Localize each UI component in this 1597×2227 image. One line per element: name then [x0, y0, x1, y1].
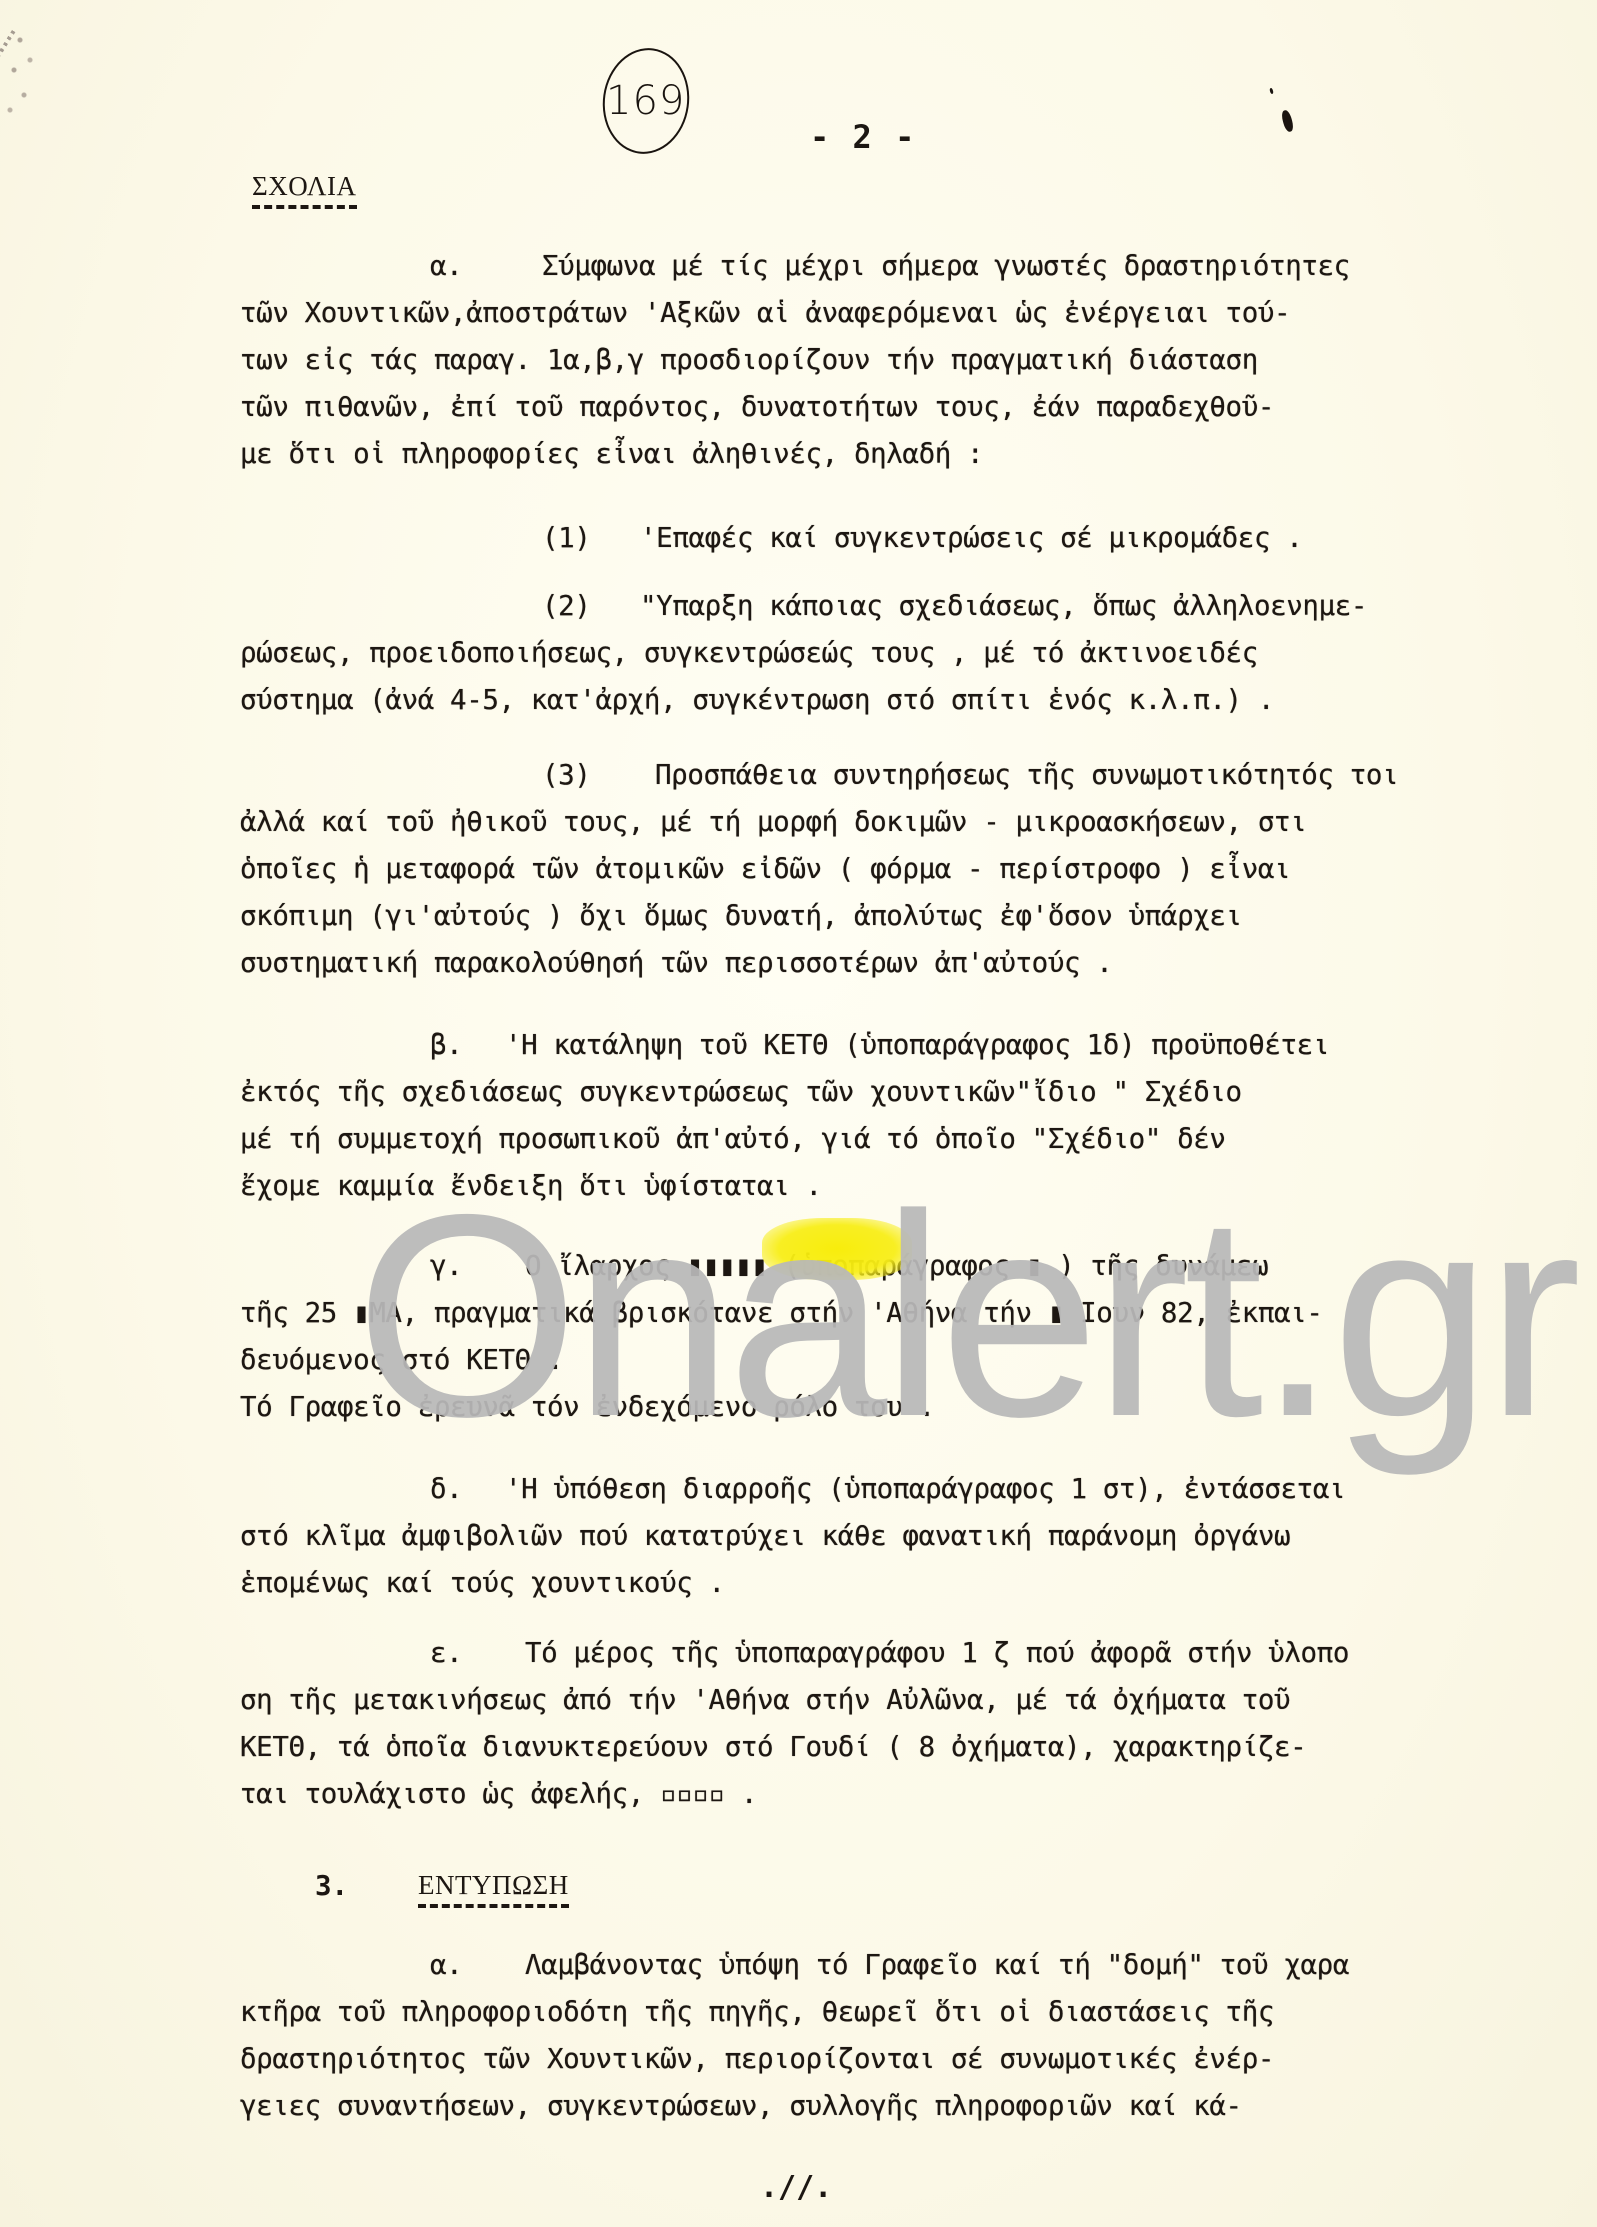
para-c-line-4: Τό Γραφεῖο ἐρευνᾶ τόν ἐνδεχόμενο ρόλο το…	[240, 1384, 935, 1431]
scanner-edge-marks	[0, 0, 80, 160]
item-2-line-2: ρώσεως, προειδοποιήσεως, συγκεντρώσεώς τ…	[240, 630, 1258, 677]
redaction-highlight	[762, 1218, 912, 1280]
para-b-line-4: ἔχομε καμμία ἔνδειξη ὅτι ὑφίσταται .	[240, 1163, 822, 1210]
folio-number-circled: 169	[596, 43, 696, 160]
para-e-line-1: Τό μέρος τῆς ὑποπαραγράφου 1 ζ πού ἀφορᾶ…	[525, 1630, 1349, 1677]
para-d-line-3: ἑπομένως καί τούς χουντικούς .	[240, 1560, 725, 1607]
impression-a-line-3: δραστηριότητος τῶν Χουντικῶν, περιορίζον…	[240, 2036, 1274, 2083]
item-3-line-5: συστηματική παρακολούθησή τῶν περισσοτέρ…	[240, 940, 1112, 987]
para-a-line-5: με ὅτι οἱ πληροφορίες εἶναι ἀληθινές, δη…	[240, 431, 983, 478]
para-b-line-1: 'Η κατάληψη τοῦ ΚΕΤΘ (ὑποπαράγραφος 1δ) …	[505, 1022, 1329, 1069]
para-b-line-3: μέ τή συμμετοχή προσωπικοῦ ἀπ'αὐτό, γιά …	[240, 1116, 1226, 1163]
ink-speck	[1280, 109, 1294, 133]
item-3-line-2: ἀλλά καί τοῦ ἠθικοῦ τους, μέ τή μορφή δο…	[240, 799, 1306, 846]
para-a-line-4: τῶν πιθανῶν, ἐπί τοῦ παρόντος, δυνατοτήτ…	[240, 384, 1274, 431]
continuation-mark: .//.	[760, 2170, 832, 2205]
para-c-line-3: δευόμενος στό ΚΕΤΘ .	[240, 1337, 563, 1384]
item-3-label: (3)	[542, 752, 590, 799]
folio-number: 169	[606, 78, 685, 124]
item-2-line-3: σύστημα (ἀνά 4-5, κατ'ἀρχή, συγκέντρωση …	[240, 677, 1274, 724]
para-c-label: γ.	[430, 1243, 462, 1290]
item-3-line-4: σκόπιμη (γι'αὐτούς ) ὄχι ὅμως δυνατή, ἀπ…	[240, 893, 1242, 940]
impression-a-label: α.	[430, 1942, 462, 1989]
page-number: - 2 -	[810, 118, 916, 156]
comments-heading: ΣΧΟΛΙΑ	[252, 171, 357, 209]
para-b-line-2: ἐκτός τῆς σχεδιάσεως συγκεντρώσεως τῶν χ…	[240, 1069, 1242, 1116]
impression-heading: ΕΝΤΥΠΩΣΗ	[418, 1870, 569, 1908]
scanned-page: 169 - 2 - ΣΧΟΛΙΑ α. Σύμφωνα μέ τίς μέχρι…	[0, 0, 1597, 2227]
item-2-label: (2)	[542, 583, 590, 630]
ink-speck	[1269, 88, 1273, 95]
impression-a-line-1: Λαμβάνοντας ὑπόψη τό Γραφεῖο καί τή "δομ…	[525, 1942, 1349, 1989]
para-e-line-3: ΚΕΤΘ, τά ὁποῖα διανυκτερεύουν στό Γουδί …	[240, 1724, 1306, 1771]
impression-a-line-2: κτῆρα τοῦ πληροφοριοδότη τῆς πηγῆς, θεωρ…	[240, 1989, 1274, 2036]
para-a-line-3: των εἰς τάς παραγ. 1α,β,γ προσδιορίζουν …	[240, 337, 1258, 384]
impression-a-line-4: γειες συναντήσεων, συγκεντρώσεων, συλλογ…	[240, 2083, 1242, 2130]
para-d-line-1: 'Η ὑπόθεση διαρροῆς (ὑποπαράγραφος 1 στ)…	[505, 1466, 1345, 1513]
section-3-number: 3.	[315, 1870, 348, 1902]
para-e-line-2: ση τῆς μετακινήσεως ἀπό τήν 'Αθήνα στήν …	[240, 1677, 1290, 1724]
item-3-line-3: ὁποῖες ἡ μεταφορά τῶν ἀτομικῶν εἰδῶν ( φ…	[240, 846, 1290, 893]
item-2-line-1: "Υπαρξη κάποιας σχεδιάσεως, ὅπως ἀλληλοε…	[640, 583, 1367, 630]
para-a-line-2: τῶν Χουντικῶν,ἀποστράτων 'Αξκῶν αἱ ἀναφε…	[240, 290, 1290, 337]
para-e-label: ε.	[430, 1630, 462, 1677]
para-d-line-2: στό κλῖμα ἀμφιβολιῶν πού κατατρύχει κάθε…	[240, 1513, 1290, 1560]
item-3-line-1: Προσπάθεια συντηρήσεως τῆς συνωμοτικότητ…	[655, 752, 1398, 799]
item-1-label: (1)	[542, 515, 590, 562]
para-a-label: α.	[430, 243, 462, 290]
para-c-line-2: τῆς 25 ▮ΜΑ, πραγματικά βρισκότανε στήν '…	[240, 1290, 1322, 1337]
para-a-line-1: Σύμφωνα μέ τίς μέχρι σήμερα γνωστές δρασ…	[542, 243, 1350, 290]
item-1-line-1: 'Επαφές καί συγκεντρώσεις σέ μικρομάδες …	[640, 515, 1302, 562]
para-b-label: β.	[430, 1022, 462, 1069]
para-d-label: δ.	[430, 1466, 462, 1513]
para-e-line-4: ται τουλάχιστο ὡς ἀφελής, ▫▫▫▫ .	[240, 1771, 757, 1818]
